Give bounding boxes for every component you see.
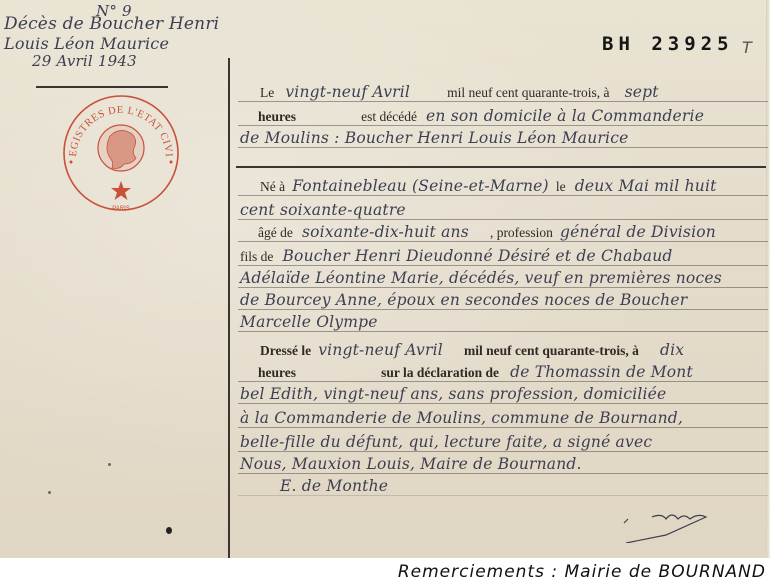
parents-line-2: Adélaïde Léontine Marie, décédés, veuf e… [238,268,768,290]
declaration-line: heures sur la déclaration de de Thomassi… [238,362,768,384]
death-date: vingt-neuf Avril [285,83,410,101]
age: soixante-dix-huit ans [302,223,469,241]
declarant-signature: E. de Monthe [280,477,388,495]
declarant-relation: belle-fille du défunt, qui, lecture fait… [240,433,652,451]
death-year: mil neuf cent quarante-trois, à [447,85,609,100]
margin-note-line-2: Louis Léon Maurice [4,34,169,53]
second-spouse: Marcelle Olympe [240,313,378,331]
mayor: Nous, Mauxion Louis, Maire de Bournand. [240,455,582,473]
birth-year: cent soixante-quatre [240,201,406,219]
caption-credits: Remerciements : Mairie de BOURNAND [0,558,766,584]
birth-year-line: cent soixante-quatre [238,200,768,222]
death-date-line: Le vingt-neuf Avril mil neuf cent quaran… [238,82,768,104]
age-profession-line: âgé de soixante-dix-huit ans , professio… [238,222,768,244]
svg-text:PARIS: PARIS [112,206,130,212]
label-declaration: sur la déclaration de [381,365,499,380]
mayor-line: Nous, Mauxion Louis, Maire de Bournand. [238,454,768,476]
ink-spot [48,491,51,494]
declarant: de Thomassin de Mont [510,363,693,381]
label-fils: fils de [240,249,273,264]
margin-rule [228,58,230,558]
birthplace: Fontainebleau (Seine-et-Marne) [292,177,549,195]
label-profession: , profession [490,225,553,240]
margin-divider [36,86,168,88]
death-hour: sept [625,83,659,101]
deceased-name: de Moulins : Boucher Henri Louis Léon Ma… [240,129,628,147]
reference-number: BH 23925 [602,33,734,55]
declarant-details: bel Edith, vingt-neuf ans, sans professi… [240,385,666,403]
margin-note-date: 29 Avril 1943 [32,52,137,70]
label-ne: Né à [260,179,285,194]
deceased-name-line: de Moulins : Boucher Henri Louis Léon Ma… [238,128,768,150]
signature-line: E. de Monthe [238,476,768,498]
margin-note-line-1: Décès de Boucher Henri [4,14,219,34]
ink-spot [108,463,111,466]
label-heures-record: heures [258,365,296,380]
mayor-signature: Mauxion [622,503,732,547]
parents-line-1: fils de Boucher Henri Dieudonné Désiré e… [238,246,768,268]
declarant-line-4: belle-fille du défunt, qui, lecture fait… [238,432,768,454]
record-hour: dix [660,341,684,359]
civil-registry-record: N° 9 Décès de Boucher Henri Louis Léon M… [0,0,770,558]
label-le-birth: le [556,179,566,194]
declarant-line-3: à la Commanderie de Moulins, commune de … [238,408,768,430]
label-deceased: est décédé [361,109,417,124]
birth-line: Né à Fontainebleau (Seine-et-Marne) le d… [238,176,768,198]
ink-spot [166,527,172,534]
spouses: de Bourcey Anne, époux en secondes noces… [240,291,687,309]
profession: général de Division [560,223,716,241]
label-heures: heures [258,109,296,124]
label-dresse: Dressé le [260,343,311,358]
record-year: mil neuf cent quarante-trois, à [464,343,639,358]
section-divider [236,166,766,168]
declarant-line-2: bel Edith, vingt-neuf ans, sans professi… [238,384,768,406]
spouse-line-2: Marcelle Olympe [238,312,768,334]
label-age: âgé de [258,225,293,240]
label-le: Le [260,85,274,100]
birthdate: deux Mai mil huit [575,177,717,195]
record-date-line: Dressé le vingt-neuf Avril mil neuf cent… [238,340,768,362]
death-place-line: heures est décédé en son domicile à la C… [238,106,768,128]
reference-mark: T [742,38,752,57]
record-date: vingt-neuf Avril [318,341,443,359]
parents: Boucher Henri Dieudonné Désiré et de Cha… [282,247,672,265]
death-place: en son domicile à la Commanderie [426,107,704,125]
spouse-line-1: de Bourcey Anne, époux en secondes noces… [238,290,768,312]
declarant-address: à la Commanderie de Moulins, commune de … [240,409,683,427]
civil-registry-stamp-icon: REGISTRES DE L'ETAT CIVIL PARIS [60,92,182,214]
parents-continued: Adélaïde Léontine Marie, décédés, veuf e… [240,269,722,287]
